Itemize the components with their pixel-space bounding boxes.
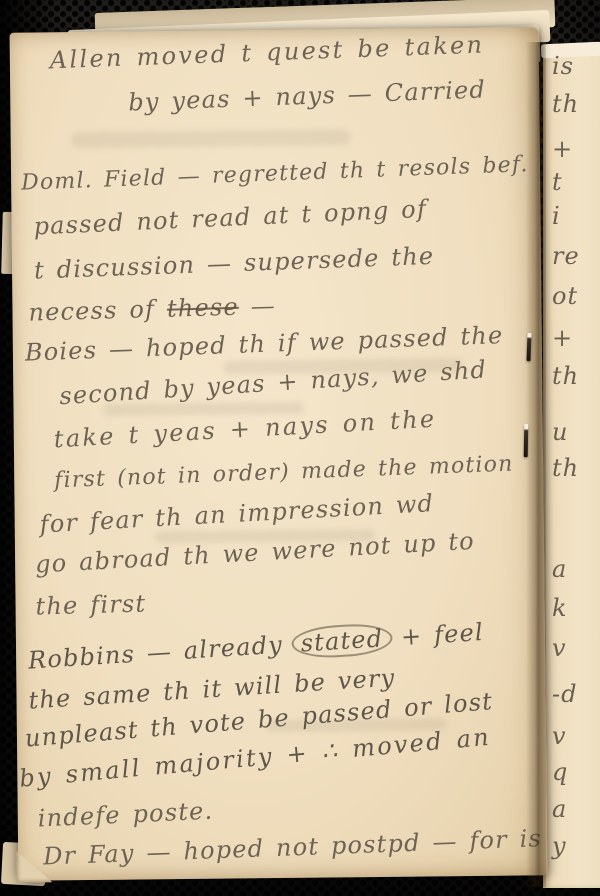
text-fragment: q bbox=[552, 758, 568, 786]
facing-page: is th + t i re ot + th u th a k v -d v q… bbox=[543, 50, 600, 888]
manuscript-line: Robbins — already stated + feel bbox=[27, 618, 484, 675]
manuscript-line: necess of these — bbox=[28, 292, 276, 327]
text-fragment: a bbox=[552, 795, 567, 823]
text-fragment: th bbox=[552, 454, 579, 482]
text-fragment: v bbox=[552, 722, 567, 750]
text-fragment: re bbox=[552, 242, 580, 270]
manuscript-line: Allen moved t quest be taken bbox=[49, 30, 484, 74]
manuscript-line: t discussion — supersede the bbox=[34, 242, 435, 285]
text-fragment: + bbox=[552, 324, 573, 352]
text-fragment: u bbox=[552, 418, 568, 446]
manuscript-line: Dr Fay — hoped not postpd — for is bbox=[43, 824, 543, 870]
text-fragment: is bbox=[552, 52, 574, 80]
text-fragment: i bbox=[552, 202, 561, 230]
text-fragment: y bbox=[552, 832, 567, 860]
manuscript-line: passed not read at t opng of bbox=[33, 195, 428, 241]
staple bbox=[524, 424, 529, 457]
manuscript-line: by yeas + nays — Carried bbox=[128, 75, 487, 116]
circled-word: stated bbox=[291, 622, 393, 660]
line-text: + feel bbox=[388, 618, 484, 652]
text-fragment: a bbox=[552, 555, 567, 583]
text-fragment: t bbox=[552, 168, 563, 196]
text-fragment: v bbox=[552, 634, 567, 662]
line-text: necess of bbox=[28, 295, 167, 327]
manuscript-line: Doml. Field — regretted th t resols bef. bbox=[21, 152, 529, 196]
text-fragment: th bbox=[552, 362, 579, 390]
manuscript-line: first (not in order) made the motion bbox=[54, 452, 514, 494]
manuscript-line: indefe poste. bbox=[37, 797, 214, 833]
bleed-through-smudge bbox=[71, 129, 351, 148]
line-text: — bbox=[238, 292, 276, 321]
text-fragment: -d bbox=[552, 680, 577, 708]
line-text: Robbins — already bbox=[27, 630, 295, 675]
notebook-photo: is th + t i re ot + th u th a k v -d v q… bbox=[0, 0, 600, 896]
text-fragment: ot bbox=[552, 282, 578, 310]
text-fragment: th bbox=[552, 90, 579, 118]
text-fragment: k bbox=[552, 594, 568, 622]
struck-word: these bbox=[167, 293, 240, 323]
manuscript-line: the first bbox=[35, 589, 146, 620]
manuscript-page: Allen moved t quest be taken by yeas + n… bbox=[10, 27, 548, 880]
text-fragment: + bbox=[552, 135, 573, 163]
